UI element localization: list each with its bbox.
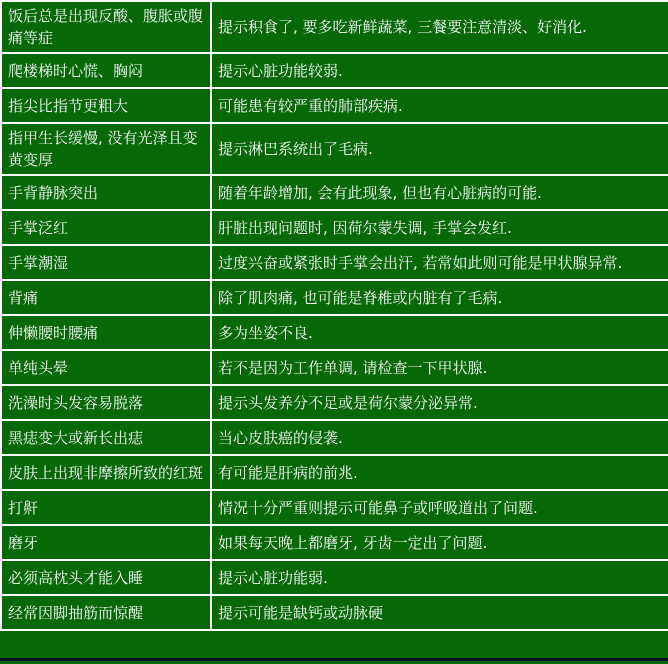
explanation-cell: 提示心脏功能较弱. — [211, 53, 668, 88]
table-row: 指尖比指节更粗大可能患有较严重的肺部疾病. — [1, 88, 668, 123]
table-row: 手背静脉突出随着年龄增加, 会有此现象, 但也有心脏病的可能. — [1, 175, 668, 210]
symptom-cell: 背痛 — [1, 280, 211, 315]
table-row: 背痛除了肌肉痛, 也可能是脊椎或内脏有了毛病. — [1, 280, 668, 315]
explanation-cell: 提示心脏功能弱. — [211, 560, 668, 595]
explanation-cell: 若不是因为工作单调, 请检查一下甲状腺. — [211, 350, 668, 385]
symptom-cell: 必须高枕头才能入睡 — [1, 560, 211, 595]
explanation-cell: 提示可能是缺钙或动脉硬 — [211, 595, 668, 630]
symptom-cell: 手背静脉突出 — [1, 175, 211, 210]
table-row: 指甲生长缓慢, 没有光泽且变黄变厚提示淋巴系统出了毛病. — [1, 123, 668, 175]
symptom-cell: 磨牙 — [1, 525, 211, 560]
symptom-cell: 手掌泛红 — [1, 210, 211, 245]
explanation-cell: 有可能是肝病的前兆. — [211, 455, 668, 490]
explanation-cell: 提示淋巴系统出了毛病. — [211, 123, 668, 175]
explanation-cell: 除了肌肉痛, 也可能是脊椎或内脏有了毛病. — [211, 280, 668, 315]
symptom-cell: 饭后总是出现反酸、腹胀或腹痛等症 — [1, 1, 211, 53]
symptom-cell: 指甲生长缓慢, 没有光泽且变黄变厚 — [1, 123, 211, 175]
table-row: 手掌潮湿过度兴奋或紧张时手掌会出汗, 若常如此则可能是甲状腺异常. — [1, 245, 668, 280]
explanation-cell: 可能患有较严重的肺部疾病. — [211, 88, 668, 123]
table-row: 手掌泛红肝脏出现问题时, 因荷尔蒙失调, 手掌会发红. — [1, 210, 668, 245]
explanation-cell: 随着年龄增加, 会有此现象, 但也有心脏病的可能. — [211, 175, 668, 210]
symptom-cell: 伸懒腰时腰痛 — [1, 315, 211, 350]
symptom-cell: 经常因脚抽筋而惊醒 — [1, 595, 211, 630]
health-table-container: 饭后总是出现反酸、腹胀或腹痛等症提示积食了, 要多吃新鲜蔬菜, 三餐要注意清淡、… — [0, 0, 668, 661]
table-row: 磨牙如果每天晚上都磨牙, 牙齿一定出了问题. — [1, 525, 668, 560]
health-symptoms-table: 饭后总是出现反酸、腹胀或腹痛等症提示积食了, 要多吃新鲜蔬菜, 三餐要注意清淡、… — [0, 0, 668, 631]
table-body: 饭后总是出现反酸、腹胀或腹痛等症提示积食了, 要多吃新鲜蔬菜, 三餐要注意清淡、… — [1, 1, 668, 630]
symptom-cell: 单纯头晕 — [1, 350, 211, 385]
symptom-cell: 打鼾 — [1, 490, 211, 525]
table-row: 单纯头晕若不是因为工作单调, 请检查一下甲状腺. — [1, 350, 668, 385]
symptom-cell: 手掌潮湿 — [1, 245, 211, 280]
table-row: 爬楼梯时心慌、胸闷提示心脏功能较弱. — [1, 53, 668, 88]
symptom-cell: 指尖比指节更粗大 — [1, 88, 211, 123]
explanation-cell: 提示积食了, 要多吃新鲜蔬菜, 三餐要注意清淡、好消化. — [211, 1, 668, 53]
explanation-cell: 当心皮肤癌的侵袭. — [211, 420, 668, 455]
table-row: 伸懒腰时腰痛多为坐姿不良. — [1, 315, 668, 350]
table-row: 经常因脚抽筋而惊醒提示可能是缺钙或动脉硬 — [1, 595, 668, 630]
explanation-cell: 多为坐姿不良. — [211, 315, 668, 350]
table-row: 饭后总是出现反酸、腹胀或腹痛等症提示积食了, 要多吃新鲜蔬菜, 三餐要注意清淡、… — [1, 1, 668, 53]
symptom-cell: 洗澡时头发容易脱落 — [1, 385, 211, 420]
table-row: 打鼾情况十分严重则提示可能鼻子或呼吸道出了问题. — [1, 490, 668, 525]
explanation-cell: 提示头发养分不足或是荷尔蒙分泌异常. — [211, 385, 668, 420]
explanation-cell: 过度兴奋或紧张时手掌会出汗, 若常如此则可能是甲状腺异常. — [211, 245, 668, 280]
table-row: 黑痣变大或新长出痣当心皮肤癌的侵袭. — [1, 420, 668, 455]
symptom-cell: 皮肤上出现非摩擦所致的红斑 — [1, 455, 211, 490]
table-row: 洗澡时头发容易脱落提示头发养分不足或是荷尔蒙分泌异常. — [1, 385, 668, 420]
table-row: 皮肤上出现非摩擦所致的红斑有可能是肝病的前兆. — [1, 455, 668, 490]
symptom-cell: 黑痣变大或新长出痣 — [1, 420, 211, 455]
table-row: 必须高枕头才能入睡提示心脏功能弱. — [1, 560, 668, 595]
explanation-cell: 情况十分严重则提示可能鼻子或呼吸道出了问题. — [211, 490, 668, 525]
symptom-cell: 爬楼梯时心慌、胸闷 — [1, 53, 211, 88]
explanation-cell: 肝脏出现问题时, 因荷尔蒙失调, 手掌会发红. — [211, 210, 668, 245]
explanation-cell: 如果每天晚上都磨牙, 牙齿一定出了问题. — [211, 525, 668, 560]
